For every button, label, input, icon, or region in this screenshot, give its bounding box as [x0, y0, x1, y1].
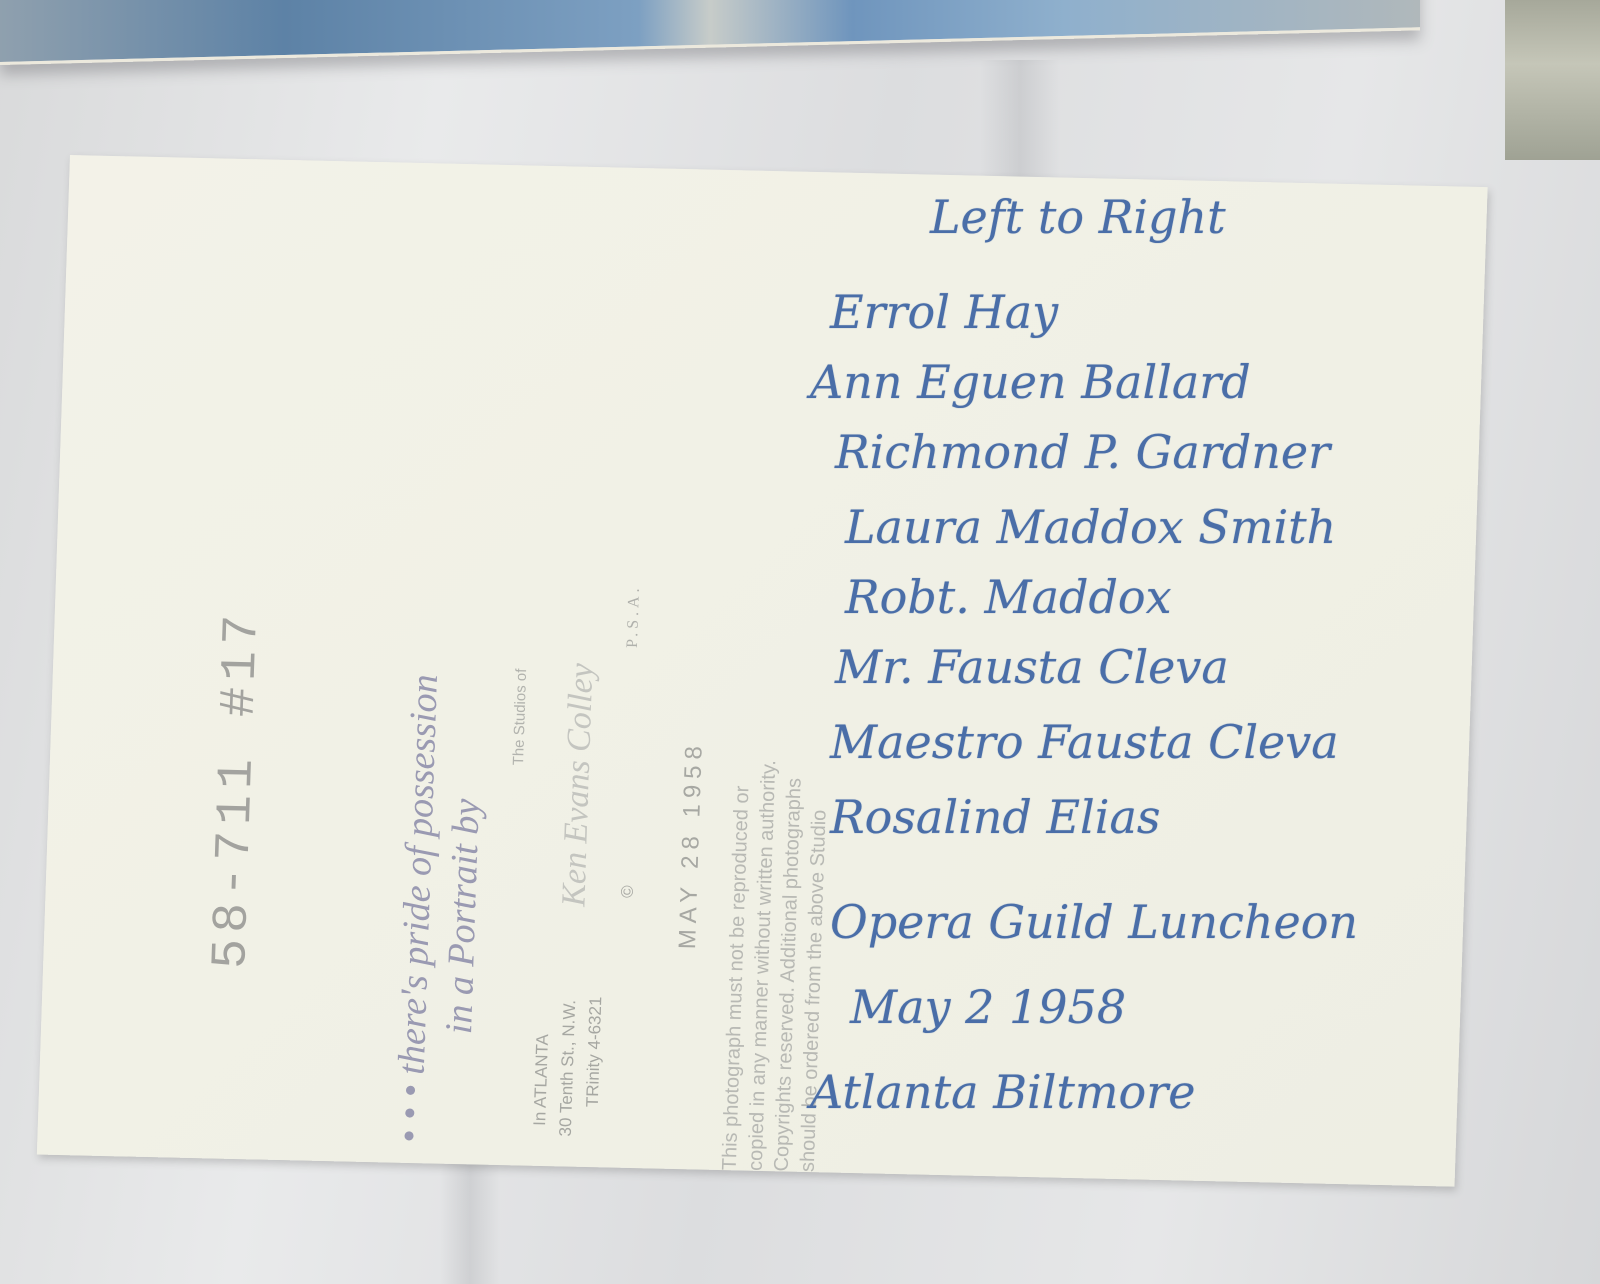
handwritten-date: May 2 1958	[850, 980, 1126, 1034]
handwritten-name: Maestro Fausta Cleva	[830, 715, 1339, 769]
handwritten-heading: Left to Right	[930, 190, 1226, 244]
slogan-line-2: in a Portrait by	[437, 798, 489, 1034]
handwritten-venue: Atlanta Biltmore	[810, 1065, 1195, 1119]
copyright-mark: ©	[616, 885, 640, 898]
handwritten-name: Ann Eguen Ballard	[810, 355, 1251, 409]
phone-label: TRinity 4-6321	[581, 996, 609, 1107]
serial-number: 58-711 #17	[203, 608, 272, 969]
address-label: 30 Tenth St., N.W.	[554, 1000, 583, 1137]
studio-stamp: 58-711 #17 • • • there's pride of posses…	[195, 339, 903, 1214]
handwritten-name: Robt. Maddox	[845, 570, 1172, 624]
overlapping-photo-right	[1505, 0, 1600, 160]
handwritten-name: Errol Hay	[830, 285, 1058, 339]
handwritten-name: Rosalind Elias	[830, 790, 1161, 844]
handwritten-event: Opera Guild Luncheon	[830, 895, 1358, 949]
studios-of-label: The Studios of	[510, 668, 530, 765]
handwritten-name: Richmond P. Gardner	[835, 425, 1330, 479]
photo-back-card: 58-711 #17 • • • there's pride of posses…	[37, 155, 1488, 1187]
handwritten-name: Mr. Fausta Cleva	[835, 640, 1229, 694]
studio-signature: Ken Evans Colley	[555, 663, 601, 907]
overlapping-photo-top	[0, 0, 1420, 65]
psa-label: P.S.A.	[624, 584, 644, 648]
slogan-line-1: • • • there's pride of possession	[387, 674, 447, 1144]
city-label: In ATLANTA	[528, 1034, 555, 1126]
date-stamp: MAY 28 1958	[674, 740, 709, 950]
handwritten-name: Laura Maddox Smith	[845, 500, 1336, 554]
